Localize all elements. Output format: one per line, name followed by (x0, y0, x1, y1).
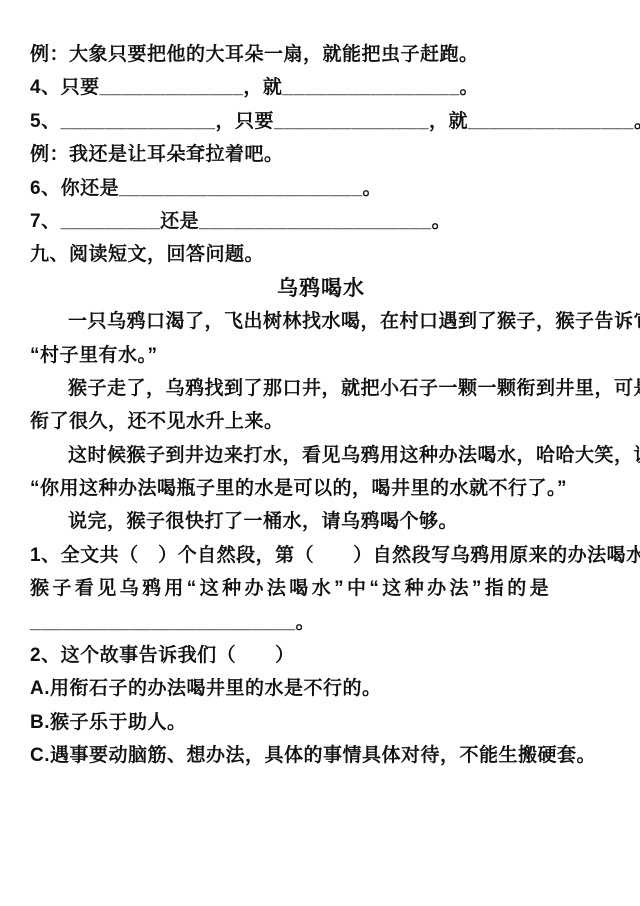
question-1-answer-blank: ________________________。 (30, 606, 612, 639)
passage-line: 一只乌鸦口渴了，飞出树林找水喝，在村口遇到了猴子，猴子告诉它： (30, 305, 612, 338)
question-2-option-a: A.用衔石子的办法喝井里的水是不行的。 (30, 672, 612, 705)
question-1-line-1: 1、全文共（ ）个自然段，第（ ）自然段写乌鸦用原来的办法喝水。 (30, 539, 612, 572)
question-1-line-2: 猴子看见乌鸦用“这种办法喝水”中“这种办法”指的是 (30, 572, 612, 605)
fill-in-item-5: 5、______________，只要______________，就_____… (30, 105, 612, 138)
reading-section-heading: 九、阅读短文，回答问题。 (30, 238, 612, 271)
passage-line: 猴子走了，乌鸦找到了那口井，就把小石子一颗一颗衔到井里，可是 (30, 372, 612, 405)
fill-in-item-7: 7、_________还是_____________________。 (30, 205, 612, 238)
fill-in-item-6: 6、你还是______________________。 (30, 172, 612, 205)
question-2-option-c: C.遇事要动脑筋、想办法，具体的事情具体对待，不能生搬硬套。 (30, 739, 612, 772)
passage-line: 衔了很久，还不见水升上来。 (30, 405, 612, 438)
passage-line: “村子里有水。” (30, 339, 612, 372)
passage-line: 这时候猴子到井边来打水，看见乌鸦用这种办法喝水，哈哈大笑，说： (30, 439, 612, 472)
passage-line: 说完，猴子很快打了一桶水，请乌鸦喝个够。 (30, 505, 612, 538)
fill-in-example-1: 例：大象只要把他的大耳朵一扇，就能把虫子赶跑。 (30, 38, 612, 71)
passage-line: “你用这种办法喝瓶子里的水是可以的，喝井里的水就不行了。” (30, 472, 612, 505)
passage-title: 乌鸦喝水 (30, 272, 612, 305)
question-2-stem: 2、这个故事告诉我们（ ） (30, 639, 612, 672)
question-2-option-b: B.猴子乐于助人。 (30, 706, 612, 739)
fill-in-item-4: 4、只要_____________，就________________。 (30, 71, 612, 104)
worksheet-page: 例：大象只要把他的大耳朵一扇，就能把虫子赶跑。 4、只要____________… (0, 0, 640, 906)
fill-in-example-2: 例：我还是让耳朵耷拉着吧。 (30, 138, 612, 171)
